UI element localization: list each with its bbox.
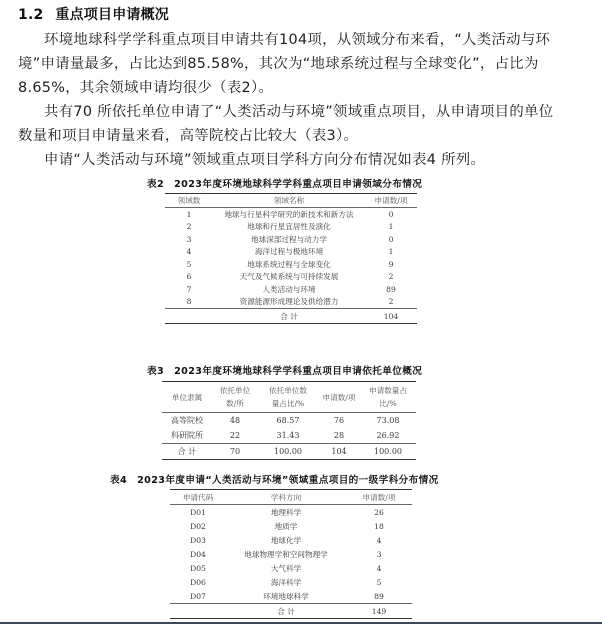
cell: 地理科学 [226, 505, 346, 520]
cell: 3 [165, 233, 213, 246]
cell: 0 [365, 208, 417, 221]
total-label: 合 计 [213, 309, 365, 324]
cell: 海洋科学 [226, 575, 346, 589]
header-line: 单位隶属 [172, 393, 202, 402]
cell: 1 [165, 208, 213, 221]
table-row: D07环境地球科学89 [170, 589, 412, 604]
cell: D06 [170, 575, 226, 589]
table2-caption: 表22023年度环境地球科学学科重点项目申请领域分布情况 [147, 176, 422, 190]
document-page: 1.2重点项目申请概况 环境地球科学学科重点项目申请共有104项，从领域分布来看… [0, 0, 602, 622]
table3-supporting-units: 单位隶属 依托单位数/所 依托单位数量占比/% 申请数/项 申请数量占比/% 高… [162, 381, 416, 460]
table-header-row: 申请代码 学科方向 申请数/项 [170, 490, 412, 505]
cell: 4 [346, 533, 412, 547]
cell: 26 [346, 505, 412, 520]
cell: 地球化学 [226, 533, 346, 547]
cell: 人类活动与环境 [213, 283, 365, 296]
paragraph-text: 共有70 所依托单位申请了“人类活动与环境”领域重点项目，从申请项目的单位数量和… [18, 104, 553, 144]
cell: 9 [365, 258, 417, 271]
table2-number: 表2 [147, 179, 164, 190]
cell: 地球与行星科学研究的新技术和新方法 [213, 208, 365, 221]
table4-caption: 表42023年度申请“人类活动与环境”领域重点项目的一级学科分布情况 [110, 472, 439, 486]
cell: 2 [165, 221, 213, 234]
table-row: 7人类活动与环境89 [165, 283, 417, 296]
column-header: 申请数/项 [346, 490, 412, 505]
cell: 2 [365, 271, 417, 284]
column-header: 依托单位数量占比/% [258, 382, 318, 413]
column-header: 领域名称 [213, 194, 365, 208]
table-total-row: 合 计 104 [165, 309, 417, 324]
table-total-row: 合 计 149 [170, 604, 412, 619]
cell: D02 [170, 519, 226, 533]
table-row: 高等院校 48 68.57 76 73.08 [162, 413, 416, 429]
section-heading: 1.2重点项目申请概况 [18, 4, 169, 24]
paragraph-discipline-direction: 申请“人类活动与环境”领域重点项目学科方向分布情况如表4 所列。 [18, 148, 558, 172]
table-row: D03地球化学4 [170, 533, 412, 547]
header-line: 量占比/% [272, 399, 305, 408]
cell: 5 [346, 575, 412, 589]
header-line: 比/% [379, 399, 396, 408]
table-total-row: 合 计 70 100.00 104 100.00 [162, 444, 416, 460]
total-value: 104 [318, 444, 360, 460]
cell: 4 [346, 561, 412, 575]
cell: 6 [165, 271, 213, 284]
table-row: 8资源能源形成理论及供给潜力2 [165, 296, 417, 309]
cell: 22 [212, 428, 258, 444]
header-line: 依托单位数 [269, 386, 307, 395]
cell: 资源能源形成理论及供给潜力 [213, 296, 365, 309]
table3-caption: 表32023年度环境地球科学学科重点项目申请依托单位概况 [147, 363, 422, 377]
table-row: 2地球和行星宜居性及演化1 [165, 221, 417, 234]
table4-discipline-distribution: 申请代码 学科方向 申请数/项 D01地理科学26 D02地质学18 D03地球… [170, 489, 412, 619]
section-number: 1.2 [18, 7, 43, 23]
table2-title: 2023年度环境地球科学学科重点项目申请领域分布情况 [174, 179, 422, 190]
cell: 海洋过程与极地环境 [213, 246, 365, 259]
cell: 5 [165, 258, 213, 271]
cell: 2 [365, 296, 417, 309]
table-row: 4海洋过程与极地环境1 [165, 246, 417, 259]
total-label: 合 计 [226, 604, 346, 619]
cell: 高等院校 [162, 413, 212, 429]
cell: 7 [165, 283, 213, 296]
cell: D04 [170, 547, 226, 561]
table-row: D05大气科学4 [170, 561, 412, 575]
total-value: 100.00 [360, 444, 416, 460]
table3-title: 2023年度环境地球科学学科重点项目申请依托单位概况 [174, 366, 422, 377]
cell: 环境地球科学 [226, 589, 346, 604]
cell: 31.43 [258, 428, 318, 444]
cell: 地球深部过程与动力学 [213, 233, 365, 246]
cell: 科研院所 [162, 428, 212, 444]
cell: 地质学 [226, 519, 346, 533]
header-line: 申请数/项 [323, 393, 356, 402]
table-row: D01地理科学26 [170, 505, 412, 520]
table-row: 6天气及气候系统与可持续发展2 [165, 271, 417, 284]
cell: 26.92 [360, 428, 416, 444]
table-row: D04地球物理学和空间物理学3 [170, 547, 412, 561]
column-header: 申请数/项 [318, 382, 360, 413]
total-label: 合 计 [162, 444, 212, 460]
table-row: D02地质学18 [170, 519, 412, 533]
table-row: 科研院所 22 31.43 28 26.92 [162, 428, 416, 444]
paragraph-supporting-units: 共有70 所依托单位申请了“人类活动与环境”领域重点项目，从申请项目的单位数量和… [18, 100, 558, 148]
cell: 地球系统过程与全球变化 [213, 258, 365, 271]
column-header: 申请代码 [170, 490, 226, 505]
column-header: 单位隶属 [162, 382, 212, 413]
cell: 1 [365, 246, 417, 259]
column-header: 学科方向 [226, 490, 346, 505]
cell: 8 [165, 296, 213, 309]
cell: 4 [165, 246, 213, 259]
table-header-row: 领域数 领域名称 申请数/项 [165, 194, 417, 208]
cell: 18 [346, 519, 412, 533]
section-title: 重点项目申请概况 [55, 7, 169, 23]
cell: D03 [170, 533, 226, 547]
paragraph-field-distribution: 环境地球科学学科重点项目申请共有104项，从领域分布来看，“人类活动与环境”申请… [18, 28, 558, 100]
table-row: 1地球与行星科学研究的新技术和新方法0 [165, 208, 417, 221]
cell: D07 [170, 589, 226, 604]
cell: D05 [170, 561, 226, 575]
cell: 48 [212, 413, 258, 429]
cell: 73.08 [360, 413, 416, 429]
total-value: 104 [365, 309, 417, 324]
header-line: 数/所 [226, 399, 244, 408]
cell: 1 [365, 221, 417, 234]
cell: 76 [318, 413, 360, 429]
cell: 0 [365, 233, 417, 246]
cell: 89 [365, 283, 417, 296]
cell: 3 [346, 547, 412, 561]
cell: 地球物理学和空间物理学 [226, 547, 346, 561]
cell: 天气及气候系统与可持续发展 [213, 271, 365, 284]
total-value: 149 [346, 604, 412, 619]
total-value: 100.00 [258, 444, 318, 460]
table4-number: 表4 [110, 475, 127, 486]
header-line: 申请数量占 [369, 386, 407, 395]
cell: D01 [170, 505, 226, 520]
table-row: 5地球系统过程与全球变化9 [165, 258, 417, 271]
cell: 地球和行星宜居性及演化 [213, 221, 365, 234]
column-header: 依托单位数/所 [212, 382, 258, 413]
table-header-row: 单位隶属 依托单位数/所 依托单位数量占比/% 申请数/项 申请数量占比/% [162, 382, 416, 413]
cell [165, 309, 213, 324]
total-value: 70 [212, 444, 258, 460]
table4-title: 2023年度申请“人类活动与环境”领域重点项目的一级学科分布情况 [137, 475, 439, 486]
column-header: 申请数量占比/% [360, 382, 416, 413]
cell: 大气科学 [226, 561, 346, 575]
cell [170, 604, 226, 619]
paragraph-text: 环境地球科学学科重点项目申请共有104项，从领域分布来看，“人类活动与环境”申请… [18, 32, 550, 96]
table2-field-distribution: 领域数 领域名称 申请数/项 1地球与行星科学研究的新技术和新方法0 2地球和行… [165, 193, 417, 324]
header-line: 依托单位 [220, 386, 250, 395]
column-header: 领域数 [165, 194, 213, 208]
paragraph-text: 申请“人类活动与环境”领域重点项目学科方向分布情况如表4 所列。 [44, 152, 485, 168]
table-row: D06海洋科学5 [170, 575, 412, 589]
cell: 68.57 [258, 413, 318, 429]
column-header: 申请数/项 [365, 194, 417, 208]
table3-number: 表3 [147, 366, 164, 377]
cell: 89 [346, 589, 412, 604]
table-row: 3地球深部过程与动力学0 [165, 233, 417, 246]
cell: 28 [318, 428, 360, 444]
